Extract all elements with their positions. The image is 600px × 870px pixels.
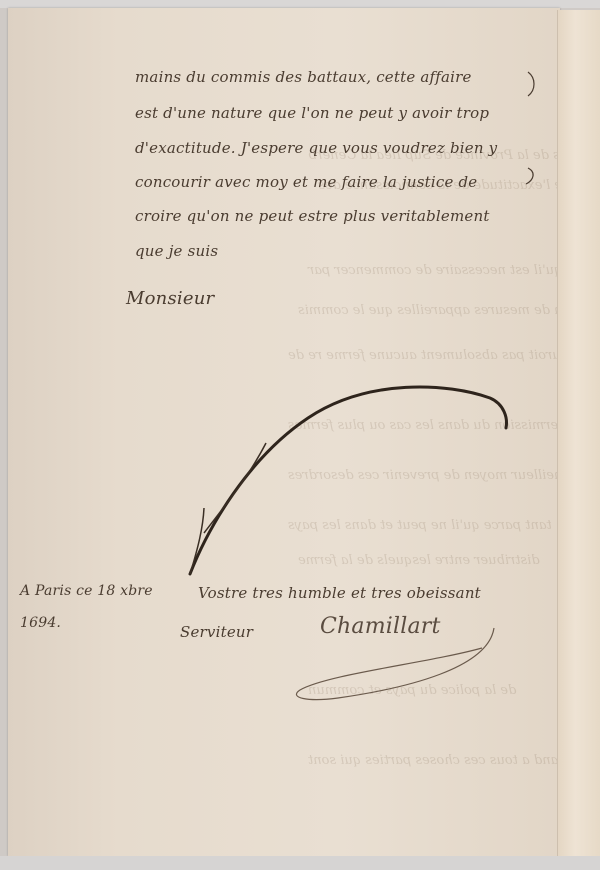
place-date: A Paris ce 18 xbre [20, 583, 153, 599]
background-top [0, 0, 600, 8]
letter-line-4: concourir avec moy et me faire la justic… [135, 173, 477, 191]
bleed-through-text: que le meilleur moyen de prevenir ces de… [288, 468, 600, 483]
background-bottom [0, 856, 600, 870]
bleed-through-text: la vantillon de mesures appareilles que … [298, 303, 600, 318]
year: 1694. [20, 615, 61, 631]
adjacent-page-edge [557, 10, 600, 856]
closing-line: Vostre tres humble et tres obeissant [198, 584, 481, 602]
letter-line-5: croire qu'on ne peut estre plus veritabl… [135, 207, 490, 225]
letter-line-6: que je suis [135, 242, 218, 260]
bleed-through-text: distribuer entre lesquels de la ferme [298, 553, 540, 568]
bleed-through-text: permission du dans les cas ou plus ferme… [288, 418, 567, 433]
letter-line-3: d'exactitude. J'espere que vous voudrez … [135, 139, 497, 157]
closing-word: Serviteur [180, 623, 253, 641]
letter-page: la Sanis de la Province de Sup Ilea la C… [8, 8, 560, 856]
letter-line-2: est d'une nature que l'on ne peut y avoi… [135, 104, 489, 122]
signature: Chamillart [320, 614, 441, 639]
bleed-through-text: de la police du pays et commun [308, 683, 516, 698]
bleed-through-text: ne scauroit pas absolument aucune ferme … [288, 348, 600, 363]
bleed-through-text: quand a tous ces choses parties qui sont [308, 753, 575, 768]
salutation: Monsieur [126, 288, 214, 309]
bleed-through-text: tant parce qu'il ne peut et dans les pay… [288, 518, 552, 533]
letter-line-1: mains du commis des battaux, cette affai… [135, 68, 472, 86]
bleed-through-text: eux qu'il est necessaire de commencer pa… [308, 263, 590, 278]
